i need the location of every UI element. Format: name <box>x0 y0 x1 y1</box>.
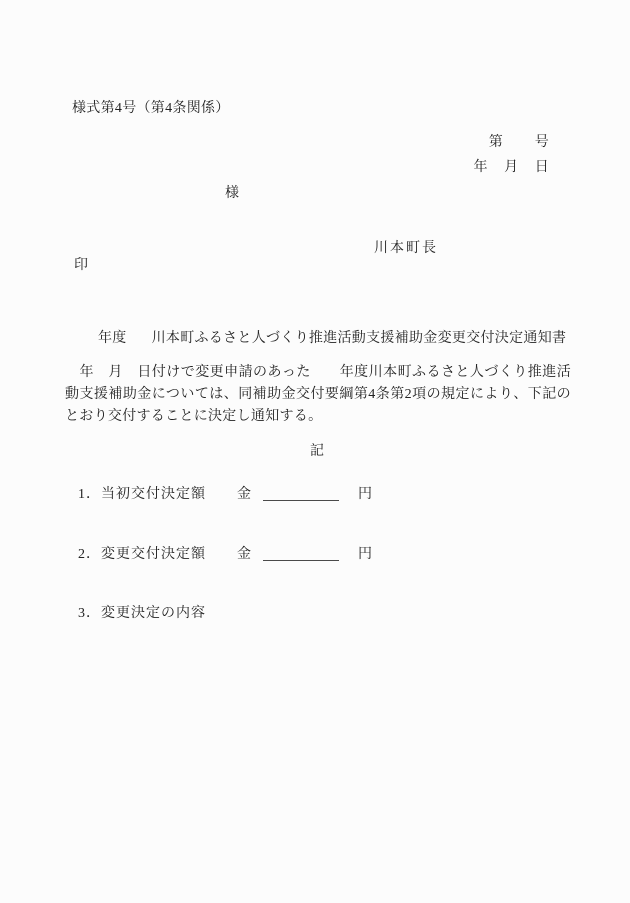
item-1-label: 1．当初交付決定額 <box>78 483 206 503</box>
document-page: 様式第4号（第4条関係） 第 号 年 月 日 様 川本町長 印 年度 川本町ふる… <box>0 0 630 903</box>
item-initial-grant-amount: 1．当初交付決定額 金 円 <box>78 483 558 503</box>
record-marker: 記 <box>310 443 324 461</box>
item-2-currency-prefix: 金 <box>237 543 251 563</box>
item-2-amount-blank-line <box>263 543 339 561</box>
form-number: 様式第4号（第4条関係） <box>72 100 230 118</box>
item-2-label: 2．変更交付決定額 <box>78 543 206 563</box>
document-number-line: 第 号 <box>489 131 550 151</box>
sender-title: 川本町長 <box>374 240 438 258</box>
item-3-label: 3．変更決定の内容 <box>78 602 206 622</box>
item-1-currency-prefix: 金 <box>237 483 251 503</box>
date-line: 年 月 日 <box>474 156 551 176</box>
item-2-currency-suffix: 円 <box>358 543 372 563</box>
body-paragraph: 年 月 日付けで変更申請のあった 年度川本町ふるさと人づくり推進活動支援補助金に… <box>65 362 571 428</box>
item-revised-grant-amount: 2．変更交付決定額 金 円 <box>78 543 558 563</box>
title-main-text: 川本町ふるさと人づくり推進活動支援補助金変更交付決定通知書 <box>152 327 567 347</box>
title-fiscal-year-prefix: 年度 <box>98 327 127 347</box>
seal-mark: 印 <box>74 257 88 275</box>
item-1-currency-suffix: 円 <box>358 483 372 503</box>
item-change-details: 3．変更決定の内容 <box>78 602 558 622</box>
document-title: 年度 川本町ふるさと人づくり推進活動支援補助金変更交付決定通知書 <box>98 327 566 347</box>
addressee-suffix: 様 <box>225 185 239 203</box>
item-1-amount-blank-line <box>263 483 339 501</box>
